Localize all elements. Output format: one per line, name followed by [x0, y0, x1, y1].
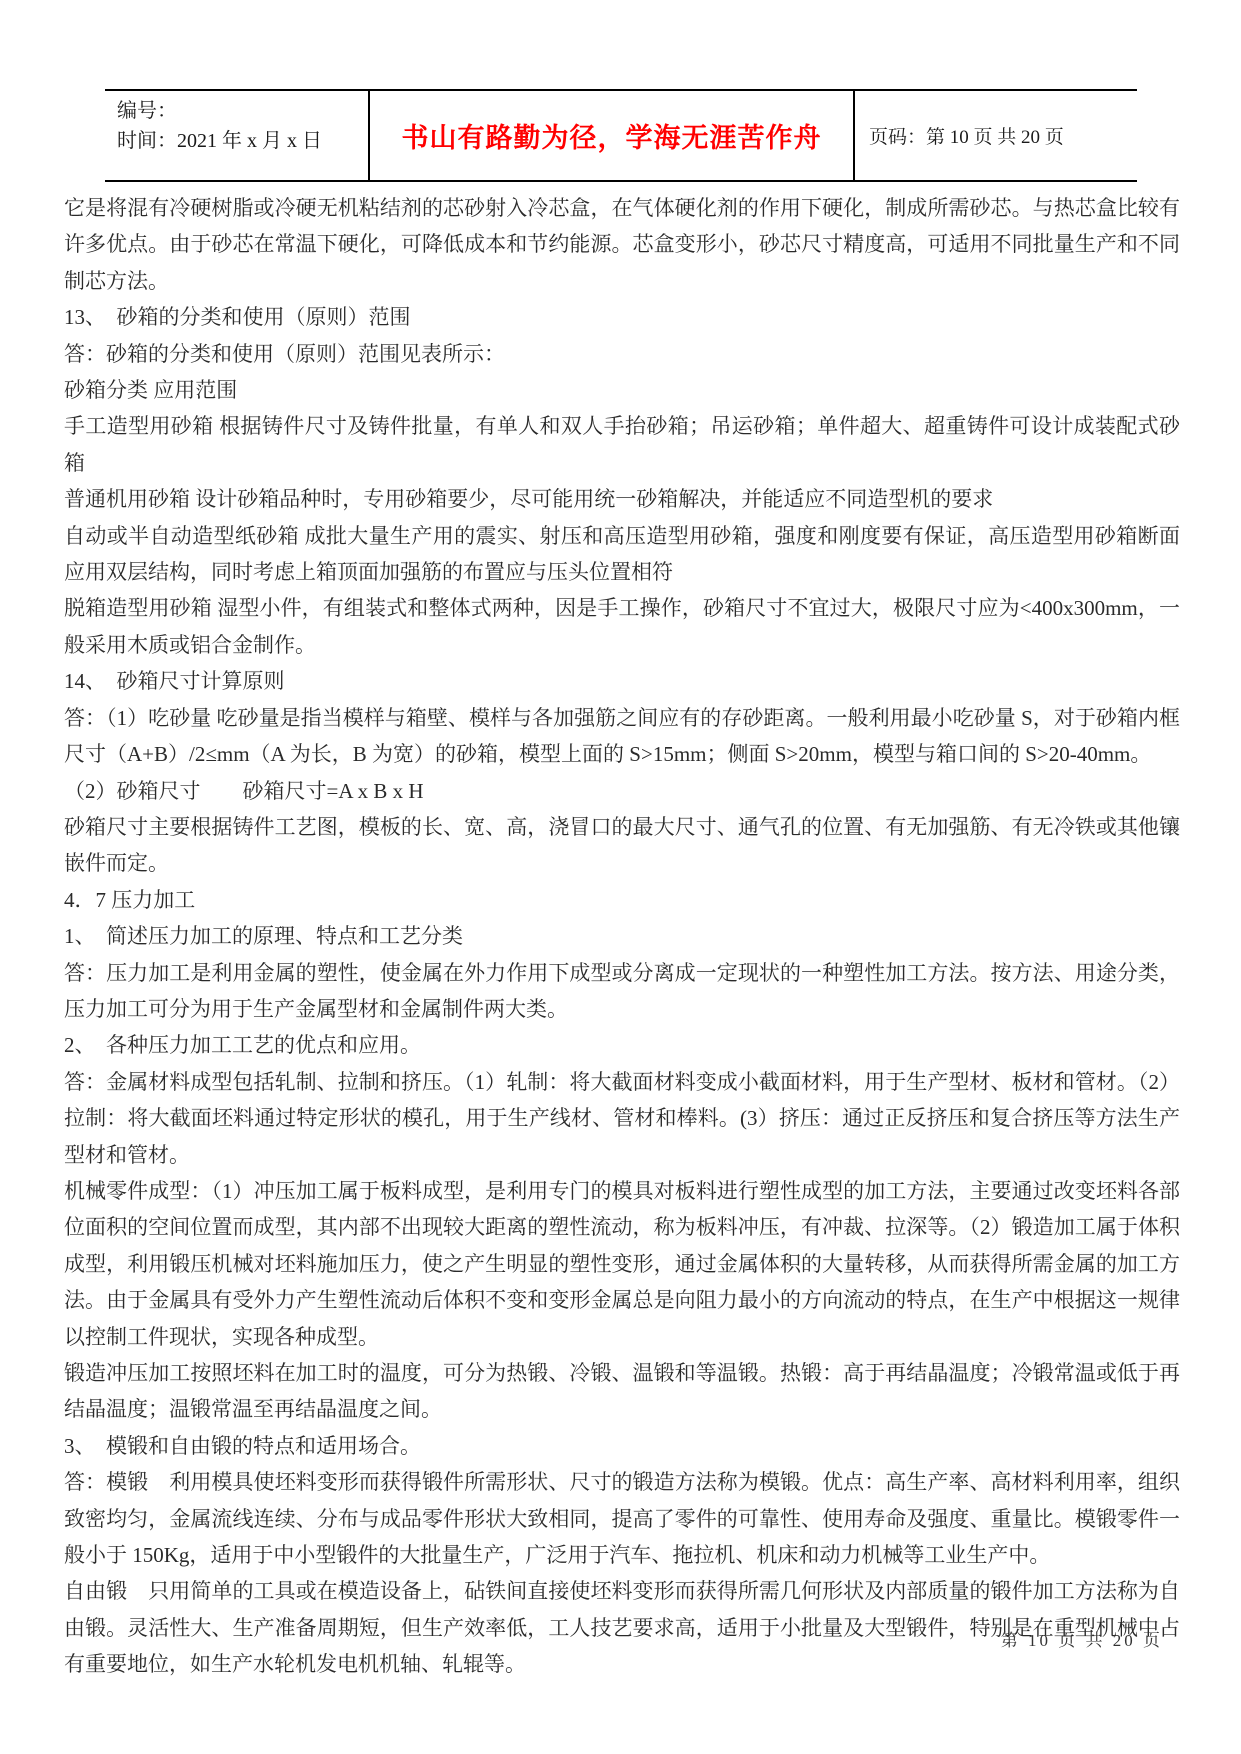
document-body: 它是将混有冷硬树脂或冷硬无机粘结剂的芯砂射入冷芯盒，在气体硬化剂的作用下硬化，制… — [64, 190, 1180, 1683]
paragraph: 答：（1）吃砂量 吃砂量是指当模样与箱壁、模样与各加强筋之间应有的存砂距离。一般… — [64, 700, 1180, 773]
paragraph: 答：压力加工是利用金属的塑性，使金属在外力作用下成型或分离成一定现状的一种塑性加… — [64, 955, 1180, 1028]
paragraph: 答：砂箱的分类和使用（原则）范围见表所示： — [64, 336, 1180, 372]
paragraph: 自动或半自动造型纸砂箱 成批大量生产用的震实、射压和高压造型用砂箱，强度和刚度要… — [64, 518, 1180, 591]
paragraph: 1、 简述压力加工的原理、特点和工艺分类 — [64, 918, 1180, 954]
paragraph: 4．7 压力加工 — [64, 882, 1180, 918]
paragraph: 3、 模锻和自由锻的特点和适用场合。 — [64, 1428, 1180, 1464]
paragraph: 13、 砂箱的分类和使用（原则）范围 — [64, 299, 1180, 335]
header-table: 编号： 时间：2021 年 x 月 x 日 书山有路勤为径，学海无涯苦作舟 页码… — [105, 89, 1137, 182]
footer-page-number: 第 10 页 共 20 页 — [1001, 1626, 1163, 1651]
paragraph: 手工造型用砂箱 根据铸件尺寸及铸件批量，有单人和双人手抬砂箱；吊运砂箱；单件超大… — [64, 408, 1180, 481]
paragraph: 答：金属材料成型包括轧制、拉制和挤压。（1）轧制：将大截面材料变成小截面材料，用… — [64, 1064, 1180, 1173]
header-cell-center: 书山有路勤为径，学海无涯苦作舟 — [368, 91, 853, 180]
paragraph: 脱箱造型用砂箱 湿型小件，有组装式和整体式两种，因是手工操作，砂箱尺寸不宜过大，… — [64, 590, 1180, 663]
date-label: 时间：2021 年 x 月 x 日 — [117, 126, 368, 156]
paragraph: 锻造冲压加工按照坯料在加工时的温度，可分为热锻、冷锻、温锻和等温锻。热锻：高于再… — [64, 1355, 1180, 1428]
ref-number-label: 编号： — [117, 96, 368, 126]
header-cell-left: 编号： 时间：2021 年 x 月 x 日 — [105, 91, 368, 180]
paragraph: 14、 砂箱尺寸计算原则 — [64, 663, 1180, 699]
paragraph: （2）砂箱尺寸 砂箱尺寸=A x B x H — [64, 773, 1180, 809]
paragraph: 砂箱分类 应用范围 — [64, 372, 1180, 408]
page-number-label: 页码：第 10 页 共 20 页 — [869, 122, 1064, 149]
paragraph: 砂箱尺寸主要根据铸件工艺图，模板的长、宽、高，浇冒口的最大尺寸、通气孔的位置、有… — [64, 809, 1180, 882]
paragraph: 答：模锻 利用模具使坯料变形而获得锻件所需形状、尺寸的锻造方法称为模锻。优点：高… — [64, 1464, 1180, 1573]
slogan-text: 书山有路勤为径，学海无涯苦作舟 — [402, 116, 822, 155]
header-cell-right: 页码：第 10 页 共 20 页 — [853, 91, 1137, 180]
paragraph: 它是将混有冷硬树脂或冷硬无机粘结剂的芯砂射入冷芯盒，在气体硬化剂的作用下硬化，制… — [64, 190, 1180, 299]
paragraph: 机械零件成型：（1）冲压加工属于板料成型，是利用专门的模具对板料进行塑性成型的加… — [64, 1173, 1180, 1355]
paragraph: 普通机用砂箱 设计砂箱品种时，专用砂箱要少，尽可能用统一砂箱解决，并能适应不同造… — [64, 481, 1180, 517]
document-page: 编号： 时间：2021 年 x 月 x 日 书山有路勤为径，学海无涯苦作舟 页码… — [0, 0, 1241, 1754]
paragraph: 2、 各种压力加工工艺的优点和应用。 — [64, 1027, 1180, 1063]
